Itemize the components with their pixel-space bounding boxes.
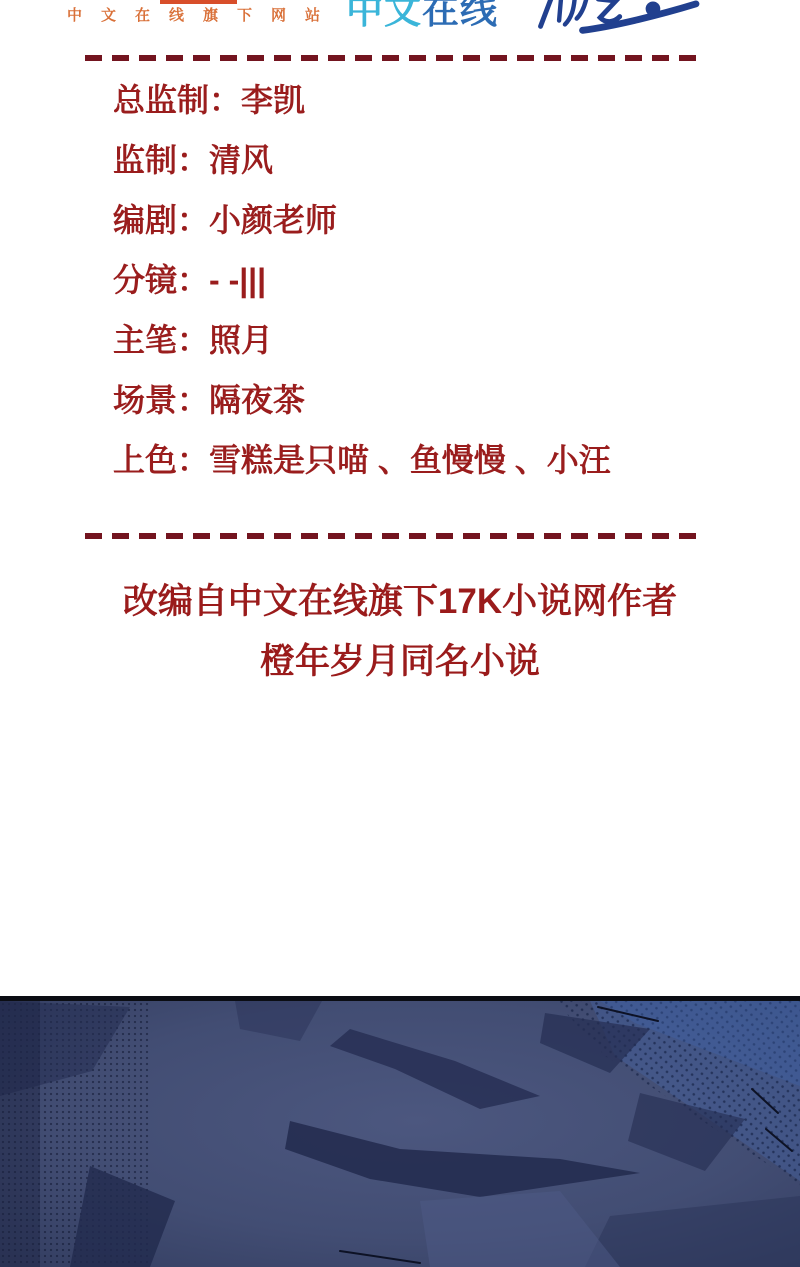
credit-value: - -||| xyxy=(209,262,266,298)
brand-logo-part2: 在线 xyxy=(422,0,498,30)
dashed-divider-top xyxy=(85,55,705,61)
adaptation-line1: 改编自中文在线旗下17K小说网作者 xyxy=(0,572,800,632)
adaptation-line2: 橙年岁月同名小说 xyxy=(0,632,800,692)
credit-value: 小颜老师 xyxy=(209,202,337,238)
brand-logo-part1: 中文 xyxy=(346,0,422,30)
dashed-divider-bottom xyxy=(85,533,705,539)
site-tagline: 中文在线旗下网站 xyxy=(67,4,339,25)
credit-value: 清风 xyxy=(209,142,273,178)
credit-label: 上色： xyxy=(113,442,209,478)
comic-credits-page: 中文在线旗下网站 中文在线 总监制：李凯 监制：清风 xyxy=(0,0,800,1267)
credit-label: 监制： xyxy=(113,142,209,178)
credit-line-screenwriter: 编剧：小颜老师 xyxy=(113,190,611,250)
zhongwen-zaixian-logo: 中文在线 xyxy=(346,0,498,30)
credit-line-background: 场景：隔夜茶 xyxy=(113,370,611,430)
comic-panel xyxy=(0,996,800,1267)
comic-panel-artwork xyxy=(0,1001,800,1267)
handwritten-signature-icon xyxy=(512,0,702,44)
credit-label: 总监制： xyxy=(113,82,241,118)
credit-label: 编剧： xyxy=(113,202,209,238)
credit-value: 照月 xyxy=(209,322,273,358)
credits-list: 总监制：李凯 监制：清风 编剧：小颜老师 分镜：- -||| 主笔：照月 场景：… xyxy=(113,70,611,490)
credit-line-lead-artist: 主笔：照月 xyxy=(113,310,611,370)
credit-value: 隔夜茶 xyxy=(209,382,305,418)
credit-label: 主笔： xyxy=(113,322,209,358)
credit-line-chief-producer: 总监制：李凯 xyxy=(113,70,611,130)
credit-label: 场景： xyxy=(113,382,209,418)
credit-value: 雪糕是只喵 、鱼慢慢 、小汪 xyxy=(209,442,611,478)
credit-value: 李凯 xyxy=(241,82,305,118)
credit-line-producer: 监制：清风 xyxy=(113,130,611,190)
adaptation-note: 改编自中文在线旗下17K小说网作者 橙年岁月同名小说 xyxy=(0,572,800,692)
credit-line-coloring: 上色：雪糕是只喵 、鱼慢慢 、小汪 xyxy=(113,430,611,490)
credit-line-storyboard: 分镜：- -||| xyxy=(113,250,611,310)
credit-label: 分镜： xyxy=(113,262,209,298)
